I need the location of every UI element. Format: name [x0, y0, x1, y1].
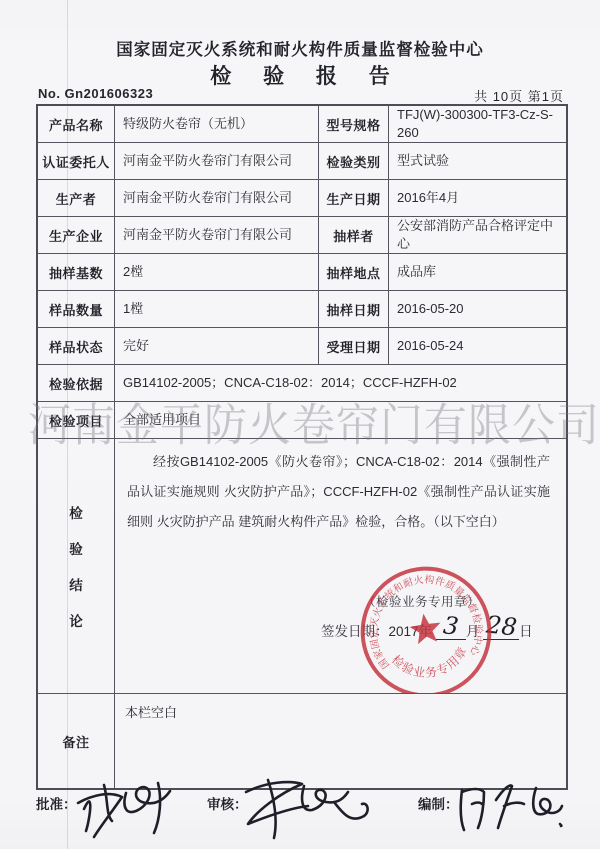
- preparer-signature: [452, 776, 572, 838]
- table-row: 生产者 河南金平防火卷帘门有限公司 生产日期 2016年4月: [38, 180, 566, 217]
- table-row: 生产企业 河南金平防火卷帘门有限公司 抽样者 公安部消防产品合格评定中心: [38, 217, 566, 254]
- page-count: 共 10页 第1页: [474, 86, 564, 105]
- table-row-conclusion: 检 验 结 论 经按GB14102-2005《防火卷帘》；CNCA-C18-02…: [38, 439, 566, 694]
- field-value-manufacturer: 河南金平防火卷帘门有限公司: [115, 217, 319, 253]
- field-value-basis: GB14102-2005；CNCA-C18-02：2014；CCCF-HZFH-…: [115, 365, 566, 401]
- scanned-report-page: 国家固定灭火系统和耐火构件质量监督检验中心 检 验 报 告 No. Gn2016…: [0, 0, 600, 849]
- table-row: 抽样基数 2樘 抽样地点 成品库: [38, 254, 566, 291]
- field-label-accept-date: 受理日期: [319, 328, 389, 364]
- field-label-remark: 备注: [38, 694, 115, 788]
- field-label-sample-place: 抽样地点: [319, 254, 389, 290]
- seal-star-icon: [408, 611, 443, 645]
- field-value-sample-base: 2樘: [115, 254, 319, 290]
- field-label-producer: 生产者: [38, 180, 115, 216]
- field-value-sample-place: 成品库: [389, 254, 566, 290]
- field-value-sample-state: 完好: [115, 328, 319, 364]
- reviewer-signature: [238, 772, 378, 842]
- field-label-model: 型号规格: [319, 106, 389, 142]
- field-label-sampler: 抽样者: [319, 217, 389, 253]
- issue-date-day-unit: 日: [519, 624, 533, 639]
- field-value-producer: 河南金平防火卷帘门有限公司: [115, 180, 319, 216]
- seal-bottom-text: 检验业务专用章: [388, 642, 474, 685]
- field-value-production-date: 2016年4月: [389, 180, 566, 216]
- conclusion-label-char: 检: [69, 502, 83, 522]
- org-title: 国家固定灭火系统和耐火构件质量监督检验中心: [0, 36, 600, 60]
- field-value-sample-date: 2016-05-20: [389, 291, 566, 327]
- table-row-basis: 检验依据 GB14102-2005；CNCA-C18-02：2014；CCCF-…: [38, 365, 566, 402]
- table-row-items: 检验项目 全部适用项目: [38, 402, 566, 439]
- field-value-sampler: 公安部消防产品合格评定中心: [389, 217, 566, 253]
- conclusion-label-char: 结: [69, 574, 83, 594]
- field-value-model: TFJ(W)-300300-TF3-Cz-S-260: [389, 106, 566, 142]
- field-label-test-type: 检验类别: [319, 143, 389, 179]
- conclusion-cell: 经按GB14102-2005《防火卷帘》；CNCA-C18-02：2014《强制…: [115, 439, 566, 693]
- field-value-accept-date: 2016-05-24: [389, 328, 566, 364]
- table-row: 样品状态 完好 受理日期 2016-05-24: [38, 328, 566, 365]
- field-label-sample-state: 样品状态: [38, 328, 115, 364]
- report-number: No. Gn201606323: [38, 86, 153, 101]
- inspection-table: 产品名称 特级防火卷帘（无机） 型号规格 TFJ(W)-300300-TF3-C…: [36, 104, 568, 790]
- field-value-applicant: 河南金平防火卷帘门有限公司: [115, 143, 319, 179]
- official-seal-stamp: 国家固定灭火系统和耐火构件质量监督检验中心 检验业务专用章: [355, 561, 497, 693]
- field-label-manufacturer: 生产企业: [38, 217, 115, 253]
- table-row: 认证委托人 河南金平防火卷帘门有限公司 检验类别 型式试验: [38, 143, 566, 180]
- field-label-sample-qty: 样品数量: [38, 291, 115, 327]
- field-label-sample-base: 抽样基数: [38, 254, 115, 290]
- field-label-production-date: 生产日期: [319, 180, 389, 216]
- conclusion-label-char: 论: [69, 610, 83, 630]
- field-value-items: 全部适用项目: [115, 402, 566, 438]
- approver-signature: [70, 775, 200, 841]
- table-row: 样品数量 1樘 抽样日期 2016-05-20: [38, 291, 566, 328]
- table-row: 产品名称 特级防火卷帘（无机） 型号规格 TFJ(W)-300300-TF3-C…: [38, 106, 566, 143]
- conclusion-label-char: 验: [69, 538, 83, 558]
- field-label-product-name: 产品名称: [38, 106, 115, 142]
- field-label-sample-date: 抽样日期: [319, 291, 389, 327]
- field-label-conclusion: 检 验 结 论: [38, 439, 115, 693]
- field-label-applicant: 认证委托人: [38, 143, 115, 179]
- field-value-product-name: 特级防火卷帘（无机）: [115, 106, 319, 142]
- conclusion-text: 经按GB14102-2005《防火卷帘》；CNCA-C18-02：2014《强制…: [115, 439, 566, 537]
- field-value-test-type: 型式试验: [389, 143, 566, 179]
- field-value-sample-qty: 1樘: [115, 291, 319, 327]
- field-label-basis: 检验依据: [38, 365, 115, 401]
- field-label-items: 检验项目: [38, 402, 115, 438]
